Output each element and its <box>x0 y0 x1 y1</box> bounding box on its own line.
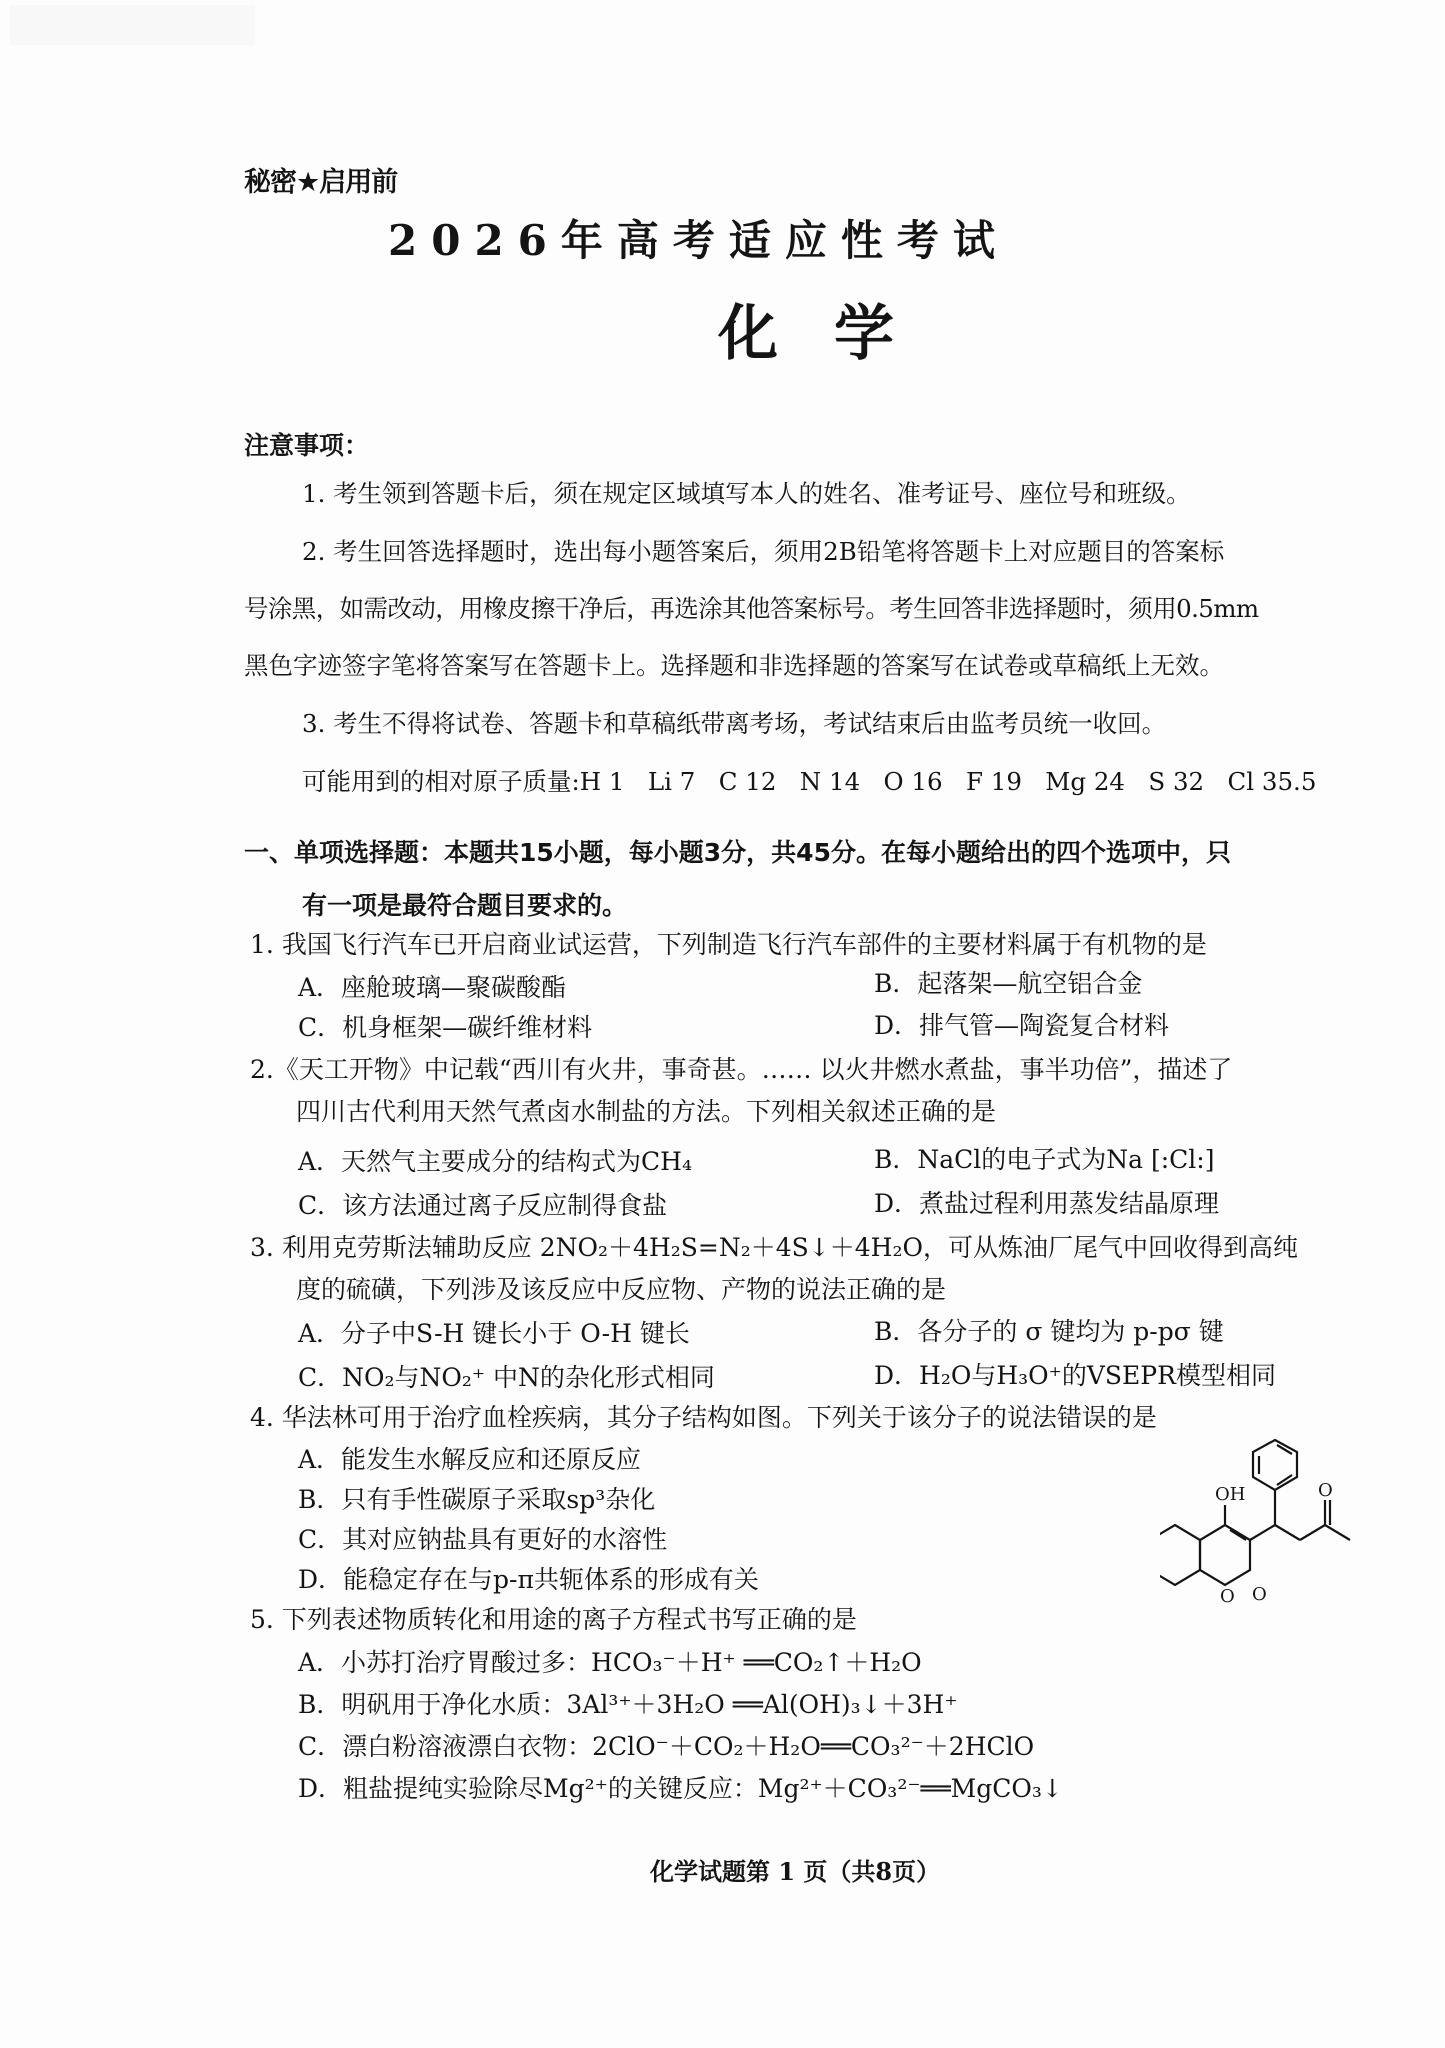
question-stem: 利用克劳斯法辅助反应 2NO₂＋4H₂S=N₂＋4S↓＋4H₂O，可从炼油厂尾气… <box>282 1233 1298 1262</box>
question-3: 3. 利用克劳斯法辅助反应 2NO₂＋4H₂S=N₂＋4S↓＋4H₂O，可从炼油… <box>250 1228 1298 1264</box>
q4-option-c: C．其对应钠盐具有更好的水溶性 <box>298 1520 667 1556</box>
q1-option-d: D．排气管—陶瓷复合材料 <box>874 1006 1169 1042</box>
notice-item-2-cont2: 黑色字迹签字笔将答案写在答题卡上。选择题和非选择题的答案写在试卷或草稿纸上无效。 <box>244 647 1224 682</box>
notice-item-3: 3. 考生不得将试卷、答题卡和草稿纸带离考场，考试结束后由监考员统一收回。 <box>302 705 1166 740</box>
q4-option-b: B．只有手性碳原子采取sp³杂化 <box>298 1480 655 1516</box>
question-5: 5. 下列表述物质转化和用途的离子方程式书写正确的是 <box>250 1600 857 1636</box>
q2-option-d: D．煮盐过程利用蒸发结晶原理 <box>874 1184 1219 1220</box>
notice-heading: 注意事项： <box>244 426 369 462</box>
question-number: 2. <box>250 1055 274 1084</box>
warfarin-structure-figure: OH O O O <box>1160 1430 1400 1615</box>
q1-option-a: A．座舱玻璃—聚碳酸酯 <box>298 968 566 1004</box>
watermark <box>10 5 255 45</box>
question-number: 5. <box>250 1605 274 1634</box>
q2-option-b: B．NaCl的电子式为Na [:Cl:] <box>874 1140 1214 1176</box>
svg-text:O: O <box>1252 1584 1267 1605</box>
oh-label: OH <box>1215 1484 1245 1505</box>
notice-item-2-cont: 号涂黑，如需改动，用橡皮擦干净后，再选涂其他答案标号。考生回答非选择题时，须用0… <box>244 590 1259 625</box>
q2-option-c: C．该方法通过离子反应制得食盐 <box>298 1186 667 1222</box>
q3-option-c: C．NO₂与NO₂⁺ 中N的杂化形式相同 <box>298 1358 715 1394</box>
question-4: 4. 华法林可用于治疗血栓疾病，其分子结构如图。下列关于该分子的说法错误的是 <box>250 1398 1157 1434</box>
question-stem: 我国飞行汽车已开启商业试运营，下列制造飞行汽车部件的主要材料属于有机物的是 <box>282 930 1207 959</box>
question-3-cont: 度的硫磺，下列涉及该反应中反应物、产物的说法正确的是 <box>296 1270 946 1306</box>
q3-option-d: D．H₂O与H₃O⁺的VSEPR模型相同 <box>874 1356 1276 1392</box>
notice-item-1: 1. 考生领到答题卡后，须在规定区域填写本人的姓名、准考证号、座位号和班级。 <box>302 475 1191 510</box>
subject-title: 化学 <box>718 286 950 372</box>
question-stem: 华法林可用于治疗血栓疾病，其分子结构如图。下列关于该分子的说法错误的是 <box>282 1403 1157 1432</box>
section-heading: 一、单项选择题：本题共15小题，每小题3分，共45分。在每小题给出的四个选项中，… <box>244 833 1231 869</box>
confidential-label: 秘密★启用前 <box>244 160 397 199</box>
question-1: 1. 我国飞行汽车已开启商业试运营，下列制造飞行汽车部件的主要材料属于有机物的是 <box>250 925 1207 961</box>
question-number: 4. <box>250 1403 274 1432</box>
q5-option-b: B．明矾用于净化水质：3Al³⁺＋3H₂O ══Al(OH)₃↓＋3H⁺ <box>298 1685 958 1721</box>
q5-option-a: A．小苏打治疗胃酸过多：HCO₃⁻＋H⁺ ══CO₂↑＋H₂O <box>298 1643 922 1679</box>
q4-option-a: A．能发生水解反应和还原反应 <box>298 1440 641 1476</box>
question-number: 1. <box>250 930 274 959</box>
notice-item-2: 2. 考生回答选择题时，选出每小题答案后，须用2B铅笔将答题卡上对应题目的答案标 <box>302 533 1224 568</box>
question-2-cont: 四川古代利用天然气煮卤水制盐的方法。下列相关叙述正确的是 <box>296 1092 996 1128</box>
exam-title: 2026年高考适应性考试 <box>388 208 1009 268</box>
svg-text:O: O <box>1220 1586 1235 1607</box>
question-stem: 《天工开物》中记载“西川有火井，事奇甚。…… 以火井燃水煮盐，事半功倍”，描述了 <box>274 1055 1233 1084</box>
atomic-masses: 可能用到的相对原子质量:H 1 Li 7 C 12 N 14 O 16 F 19… <box>302 763 1316 798</box>
q5-option-c: C．漂白粉溶液漂白衣物：2ClO⁻＋CO₂＋H₂O══CO₃²⁻＋2HClO <box>298 1727 1034 1763</box>
question-stem: 下列表述物质转化和用途的离子方程式书写正确的是 <box>282 1605 857 1634</box>
q1-option-b: B．起落架—航空铝合金 <box>874 964 1142 1000</box>
section-heading-cont: 有一项是最符合题目要求的。 <box>302 886 627 922</box>
atomic-masses-values: H 1 Li 7 C 12 N 14 O 16 F 19 Mg 24 S 32 … <box>580 767 1317 796</box>
question-number: 3. <box>250 1233 274 1262</box>
q5-option-d: D．粗盐提纯实验除尽Mg²⁺的关键反应：Mg²⁺＋CO₃²⁻══MgCO₃↓ <box>298 1769 1063 1805</box>
q2-option-a: A．天然气主要成分的结构式为CH₄ <box>298 1142 692 1178</box>
q4-option-d: D．能稳定存在与p-π共轭体系的形成有关 <box>298 1560 759 1596</box>
q1-option-c: C．机身框架—碳纤维材料 <box>298 1008 592 1044</box>
q3-option-a: A．分子中S-H 键长小于 O-H 键长 <box>298 1314 690 1350</box>
question-2: 2.《天工开物》中记载“西川有火井，事奇甚。…… 以火井燃水煮盐，事半功倍”，描… <box>250 1050 1232 1086</box>
svg-text:O: O <box>1318 1480 1333 1501</box>
page-footer: 化学试题第 1 页（共8页） <box>650 1852 940 1887</box>
q3-option-b: B．各分子的 σ 键均为 p-pσ 键 <box>874 1312 1224 1348</box>
atomic-masses-label: 可能用到的相对原子质量: <box>302 767 580 796</box>
